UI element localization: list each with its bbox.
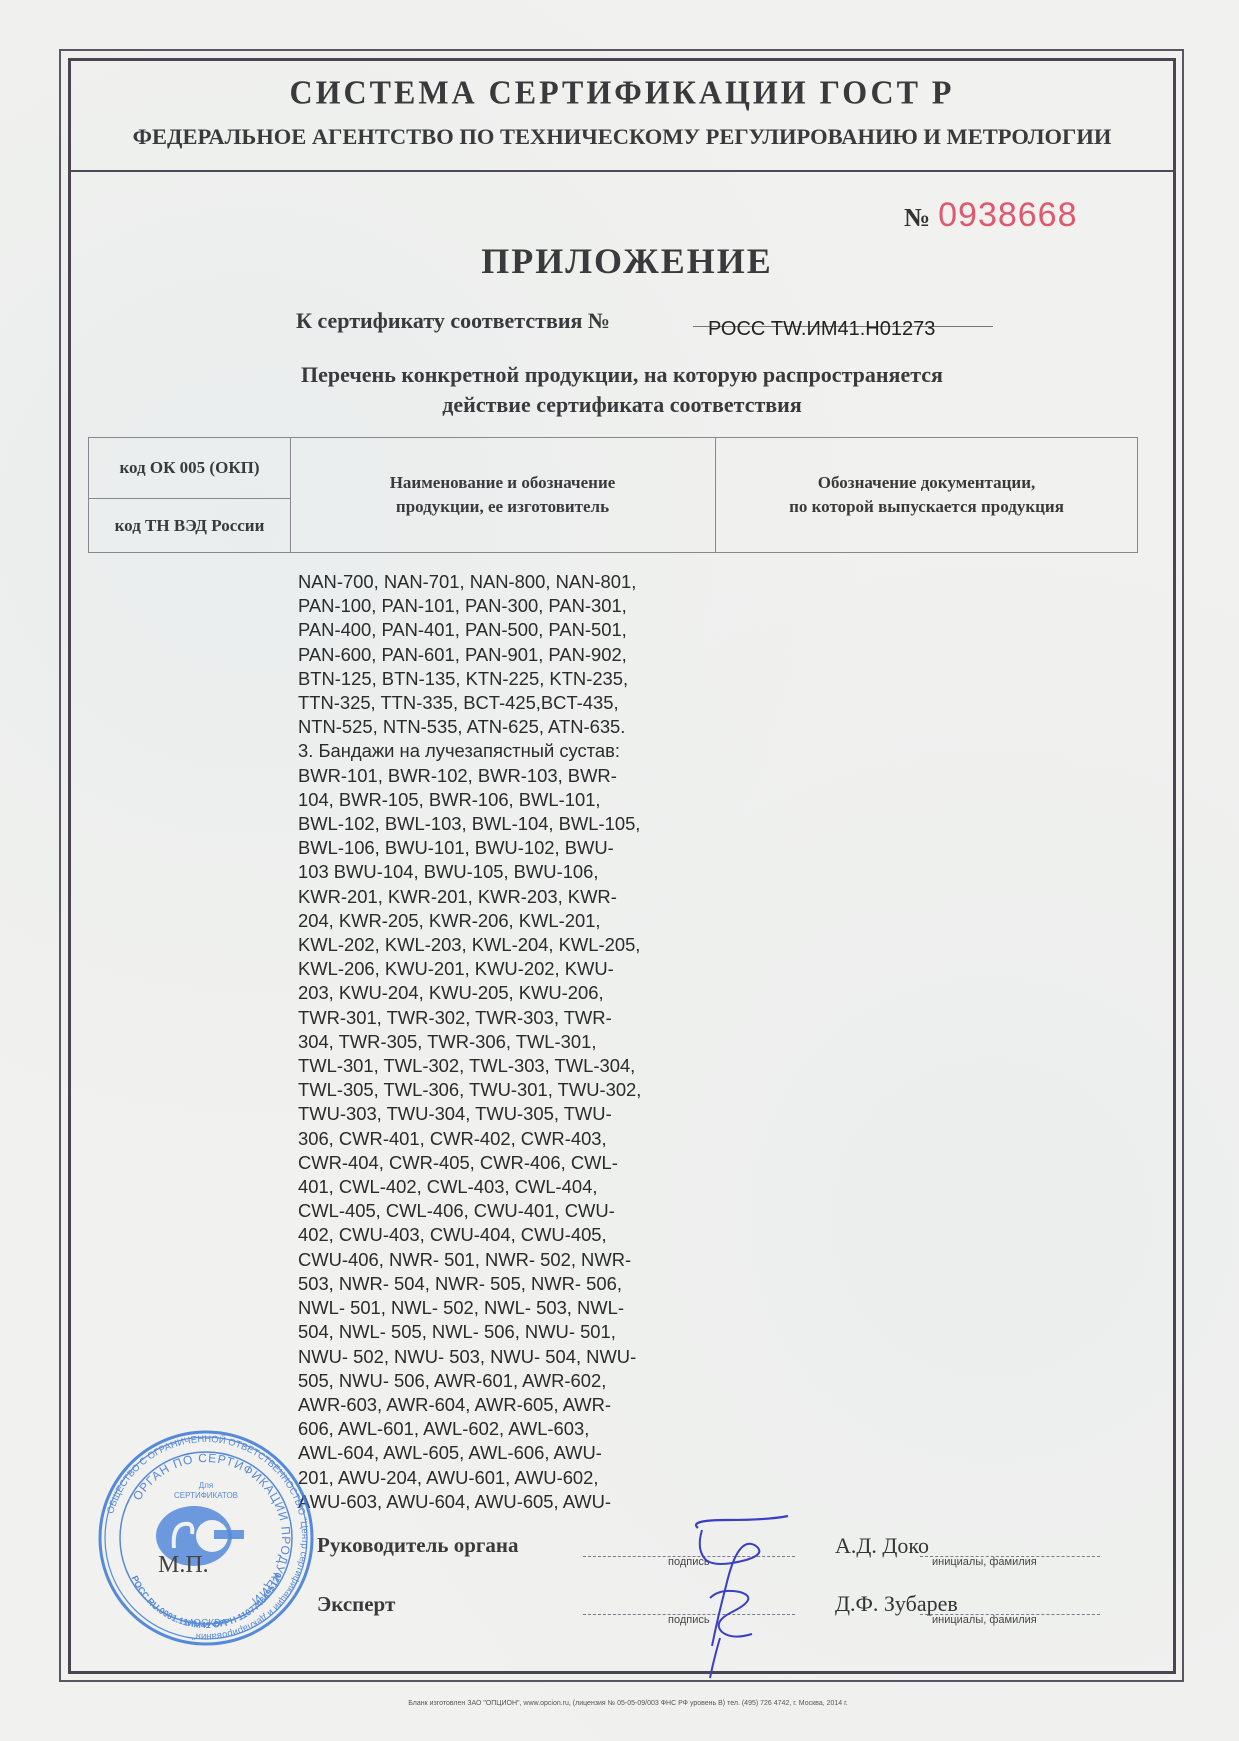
certification-stamp: ОБЩЕСТВО С ОГРАНИЧЕННОЙ ОТВЕТСТВЕННОСТЬЮ… <box>96 1428 316 1648</box>
product-list-line: TWU-303, TWU-304, TWU-305, TWU- <box>298 1102 718 1126</box>
product-list-line: 504, NWL- 505, NWL- 506, NWU- 501, <box>298 1320 718 1344</box>
product-list-line: PAN-600, PAN-601, PAN-901, PAN-902, <box>298 643 718 667</box>
subtitle-line-2: действие сертификата соответствия <box>68 390 1176 420</box>
appendix-title: ПРИЛОЖЕНИЕ <box>68 240 1176 282</box>
product-list-line: PAN-100, PAN-101, PAN-300, PAN-301, <box>298 594 718 618</box>
product-list-line: 203, KWU-204, KWU-205, KWU-206, <box>298 981 718 1005</box>
product-list-line: KWL-206, KWU-201, KWU-202, KWU- <box>298 957 718 981</box>
product-list-line: 401, CWL-402, CWL-403, CWL-404, <box>298 1175 718 1199</box>
okp-code-header: код ОК 005 (ОКП) <box>89 438 290 499</box>
seal-label: М.П. <box>158 1552 209 1579</box>
product-list-line: NAN-700, NAN-701, NAN-800, NAN-801, <box>298 570 718 594</box>
product-list-line: CWU-406, NWR- 501, NWR- 502, NWR- <box>298 1248 718 1272</box>
product-list-line: 201, AWU-204, AWU-601, AWU-602, <box>298 1466 718 1490</box>
product-list-line: KWR-201, KWR-201, KWR-203, KWR- <box>298 885 718 909</box>
head-role-label: Руководитель органа <box>317 1533 519 1558</box>
agency-name: ФЕДЕРАЛЬНОЕ АГЕНТСТВО ПО ТЕХНИЧЕСКОМУ РЕ… <box>68 124 1176 150</box>
product-list-line: BWL-106, BWU-101, BWU-102, BWU- <box>298 836 718 860</box>
code-column: код ОК 005 (ОКП) код ТН ВЭД России <box>89 438 291 552</box>
product-list-line: KWL-202, KWL-203, KWL-204, KWL-205, <box>298 933 718 957</box>
product-list-line: 505, NWU- 506, AWR-601, AWR-602, <box>298 1369 718 1393</box>
product-list-line: TWL-301, TWL-302, TWL-303, TWL-304, <box>298 1054 718 1078</box>
product-list-line: BWR-101, BWR-102, BWR-103, BWR- <box>298 764 718 788</box>
certificate-number: РОСС TW.ИМ41.Н01273 <box>690 318 935 341</box>
product-name-header-line-2: продукции, ее изготовитель <box>390 495 616 519</box>
product-list-line: 103 BWU-104, BWU-105, BWU-106, <box>298 860 718 884</box>
product-list-line: CWR-404, CWR-405, CWR-406, CWL- <box>298 1151 718 1175</box>
product-list-line: 306, CWR-401, CWR-402, CWR-403, <box>298 1127 718 1151</box>
documentation-header-line-2: по которой выпускается продукция <box>789 495 1064 519</box>
stamp-top-text: Для <box>199 1481 213 1490</box>
product-list-line: 304, TWR-305, TWR-306, TWL-301, <box>298 1030 718 1054</box>
header-divider <box>68 170 1176 172</box>
product-list-line: AWL-604, AWL-605, AWL-606, AWU- <box>298 1441 718 1465</box>
product-list-line: TWL-305, TWL-306, TWU-301, TWU-302, <box>298 1078 718 1102</box>
documentation-header-line-1: Обозначение документации, <box>789 471 1064 495</box>
product-list-line: 204, KWR-205, KWR-206, KWL-201, <box>298 909 718 933</box>
product-list-line: 606, AWL-601, AWL-602, AWL-603, <box>298 1417 718 1441</box>
expert-name-caption: инициалы, фамилия <box>932 1614 1037 1626</box>
product-list-line: 402, CWU-403, CWU-404, CWU-405, <box>298 1223 718 1247</box>
product-list-line: TTN-325, TTN-335, BCT-425,BCT-435, <box>298 691 718 715</box>
head-name: А.Д. Доко <box>835 1533 929 1559</box>
documentation-header: Обозначение документации, по которой вып… <box>715 438 1138 552</box>
product-list-line: BTN-125, BTN-135, KTN-225, KTN-235, <box>298 667 718 691</box>
product-list-line: CWL-405, CWL-406, CWU-401, CWU- <box>298 1199 718 1223</box>
blank-number: №0938668 <box>904 196 1078 235</box>
product-list-line: NWL- 501, NWL- 502, NWL- 503, NWL- <box>298 1296 718 1320</box>
product-list-line: AWU-603, AWU-604, AWU-605, AWU- <box>298 1490 718 1514</box>
printer-imprint: Бланк изготовлен ЗАО "ОПЦИОН", www.opcio… <box>348 1700 908 1707</box>
expert-role-label: Эксперт <box>317 1592 395 1617</box>
tnved-code-header: код ТН ВЭД России <box>89 498 290 553</box>
handwritten-signature <box>680 1510 820 1680</box>
product-name-header-line-1: Наименование и обозначение <box>390 471 616 495</box>
blank-number-value: 0938668 <box>938 196 1077 234</box>
product-list-line: AWR-603, AWR-604, AWR-605, AWR- <box>298 1393 718 1417</box>
product-list-line: 104, BWR-105, BWR-106, BWL-101, <box>298 788 718 812</box>
product-list-line: 503, NWR- 504, NWR- 505, NWR- 506, <box>298 1272 718 1296</box>
table-header: код ОК 005 (ОКП) код ТН ВЭД России Наиме… <box>88 437 1138 553</box>
system-title: СИСТЕМА СЕРТИФИКАЦИИ ГОСТ Р <box>68 73 1176 112</box>
product-list-line: PAN-400, PAN-401, PAN-500, PAN-501, <box>298 618 718 642</box>
number-sign: № <box>904 203 930 232</box>
head-name-caption: инициалы, фамилия <box>932 1556 1037 1568</box>
product-name-header: Наименование и обозначение продукции, ее… <box>290 438 716 552</box>
product-list-line: NWU- 502, NWU- 503, NWU- 504, NWU- <box>298 1345 718 1369</box>
stamp-city: МОСКВА <box>185 1618 227 1629</box>
product-list-line: BWL-102, BWL-103, BWL-104, BWL-105, <box>298 812 718 836</box>
subtitle: Перечень конкретной продукции, на котору… <box>68 360 1176 420</box>
product-list-line: 3. Бандажи на лучезапястный сустав: <box>298 739 718 763</box>
certificate-ref-label: К сертификату соответствия № <box>296 308 610 334</box>
stamp-top-text-2: СЕРТИФИКАТОВ <box>174 1491 238 1500</box>
product-list-line: TWR-301, TWR-302, TWR-303, TWR- <box>298 1006 718 1030</box>
product-list-line: NTN-525, NTN-535, ATN-625, ATN-635. <box>298 715 718 739</box>
subtitle-line-1: Перечень конкретной продукции, на котору… <box>68 360 1176 390</box>
product-list: NAN-700, NAN-701, NAN-800, NAN-801,PAN-1… <box>298 570 718 1514</box>
